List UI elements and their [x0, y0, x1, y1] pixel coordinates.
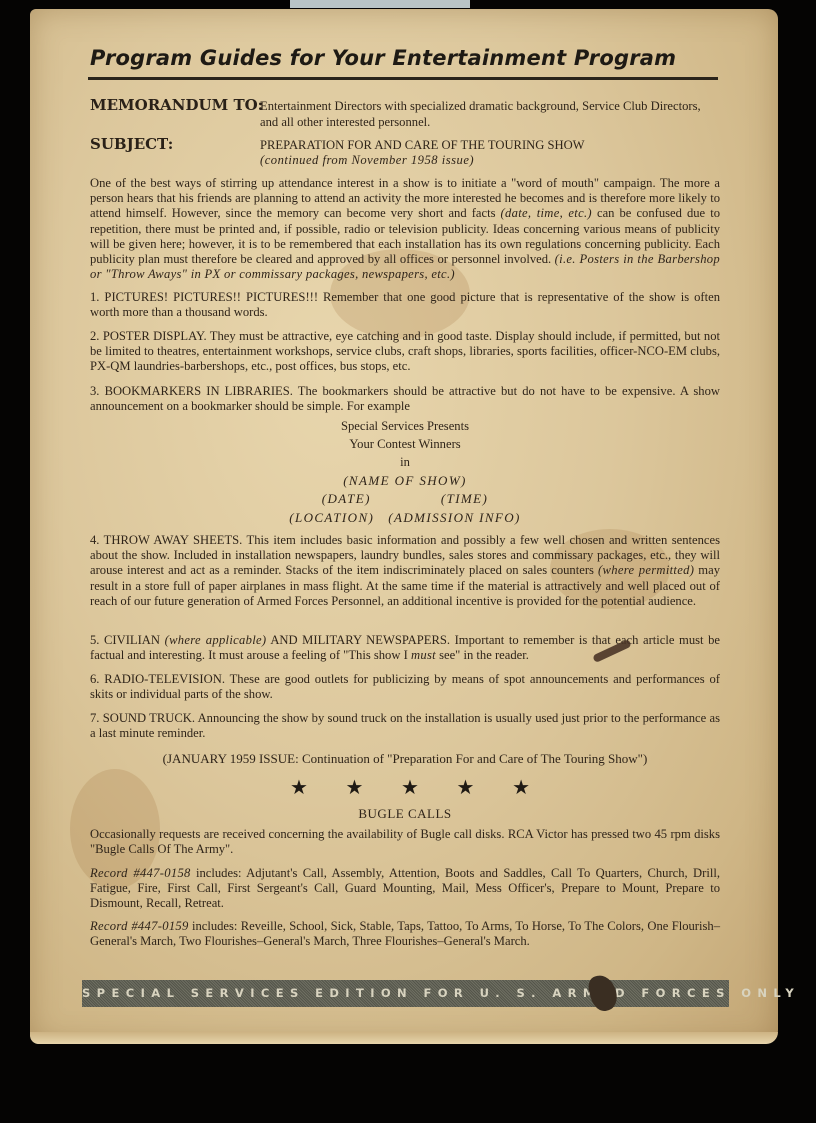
bookmark-line: Special Services Presents [90, 419, 720, 434]
intro-paragraph: One of the best ways of stirring up atte… [90, 176, 720, 282]
intro-italic: (date, time, etc.) [501, 206, 592, 220]
continuation-note: (JANUARY 1959 ISSUE: Continuation of "Pr… [90, 751, 720, 767]
footer-band: SPECIAL SERVICES EDITION FOR U. S. ARMED… [82, 980, 729, 1007]
record-label: Record #447-0158 [90, 866, 191, 880]
bugle-calls-heading: BUGLE CALLS [90, 806, 720, 822]
star-icon: ★ [346, 775, 364, 800]
memo-to-label: MEMORANDUM TO: [90, 96, 263, 114]
bookmark-admission: (ADMISSION INFO) [388, 510, 521, 525]
memo-to-text: Entertainment Directors with specialized… [260, 98, 720, 130]
subject-label: SUBJECT: [90, 135, 173, 153]
item-italic: (where applicable) [165, 633, 267, 647]
item-text: 5. CIVILIAN [90, 633, 165, 647]
bookmark-show-name: (NAME OF SHOW) [90, 473, 720, 489]
bookmark-time: (TIME) [441, 491, 488, 506]
star-icon: ★ [512, 775, 530, 800]
record-0158: Record #447-0158 includes: Adjutant's Ca… [90, 866, 720, 912]
item-bookmarkers: 3. BOOKMARKERS IN LIBRARIES. The bookmar… [90, 384, 720, 414]
bookmark-date: (DATE) [322, 491, 371, 506]
subject-note: (continued from November 1958 issue) [260, 152, 720, 168]
bookmark-line: in [90, 455, 720, 470]
page-title: Program Guides for Your Entertainment Pr… [90, 46, 720, 70]
star-icon: ★ [290, 775, 308, 800]
star-icon: ★ [457, 775, 475, 800]
record-0159: Record #447-0159 includes: Reveille, Sch… [90, 919, 720, 949]
subject-text: PREPARATION FOR AND CARE OF THE TOURING … [260, 137, 720, 153]
bookmark-location-admission: (LOCATION)(ADMISSION INFO) [90, 510, 720, 526]
item-italic: must [411, 648, 436, 662]
bookmark-date-time: (DATE)(TIME) [90, 491, 720, 507]
bookmark-line: Your Contest Winners [90, 437, 720, 452]
bookmark-location: (LOCATION) [289, 510, 374, 525]
title-rule [88, 77, 718, 80]
star-divider: ★ ★ ★ ★ ★ [290, 775, 530, 800]
item-poster-display: 2. POSTER DISPLAY. They must be attracti… [90, 329, 720, 375]
item-italic: (where permitted) [598, 563, 694, 577]
bugle-calls-intro: Occasionally requests are received conce… [90, 827, 720, 857]
record-label: Record #447-0159 [90, 919, 189, 933]
item-sound-truck: 7. SOUND TRUCK. Announcing the show by s… [90, 711, 720, 741]
item-pictures: 1. PICTURES! PICTURES!! PICTURES!!! Reme… [90, 290, 720, 320]
item-throw-away-sheets: 4. THROW AWAY SHEETS. This item includes… [90, 533, 720, 609]
item-radio-television: 6. RADIO-TELEVISION. These are good outl… [90, 672, 720, 702]
star-icon: ★ [401, 775, 419, 800]
scan-top-strip [290, 0, 470, 8]
item-text: see" in the reader. [436, 648, 529, 662]
